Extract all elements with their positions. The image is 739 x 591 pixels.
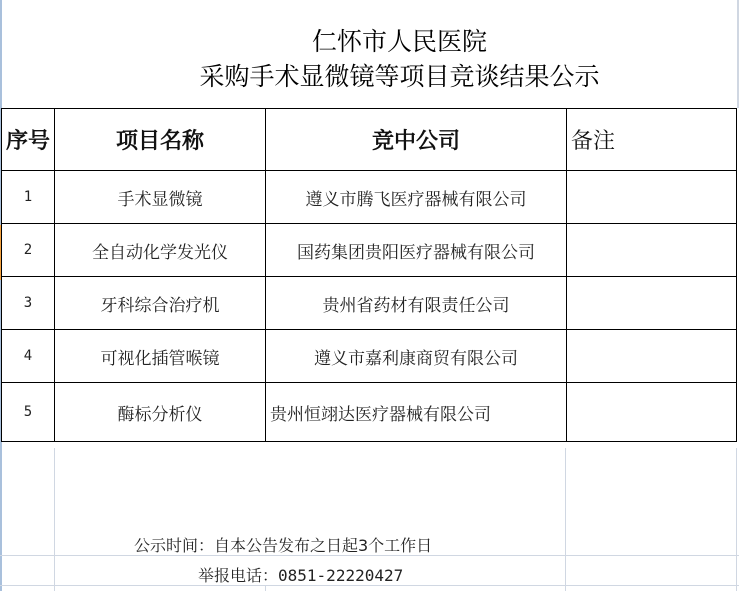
cell-winning-company[interactable]: 国药集团贵阳医疗器械有限公司	[266, 224, 567, 277]
table-row: 1 手术显微镜 遵义市腾飞医疗器械有限公司	[2, 171, 737, 224]
cell-index[interactable]: 2	[2, 224, 55, 277]
header-remarks[interactable]: 备注	[567, 109, 737, 171]
cell-remarks[interactable]	[567, 224, 737, 277]
table-row: 3 牙科综合治疗机 贵州省药材有限责任公司	[2, 277, 737, 330]
table-row: 5 酶标分析仪 贵州恒翊达医疗器械有限公司	[2, 383, 737, 442]
gridline	[54, 448, 55, 591]
cell-index[interactable]: 4	[2, 330, 55, 383]
table-row: 4 可视化插管喉镜 遵义市嘉利康商贸有限公司	[2, 330, 737, 383]
report-phone-label: 举报电话：	[198, 566, 278, 585]
header-winning-company[interactable]: 竞中公司	[266, 109, 567, 171]
cell-remarks[interactable]	[567, 277, 737, 330]
table-header-row: 序号 项目名称 竞中公司 备注	[2, 109, 737, 171]
publicity-period-text: 公示时间：自本公告发布之日起3个工作日	[134, 533, 432, 556]
cell-index[interactable]: 1	[2, 171, 55, 224]
announcement-title: 采购手术显微镜等项目竞谈结果公示	[30, 57, 739, 93]
cell-remarks[interactable]	[567, 383, 737, 442]
cell-index[interactable]: 5	[2, 383, 55, 442]
cell-item-name[interactable]: 手术显微镜	[55, 171, 266, 224]
cell-winning-company[interactable]: 贵州恒翊达医疗器械有限公司	[266, 383, 567, 442]
cell-index[interactable]: 3	[2, 277, 55, 330]
hospital-title: 仁怀市人民医院	[30, 22, 739, 58]
cell-remarks[interactable]	[567, 330, 737, 383]
gridline	[736, 448, 737, 591]
cell-winning-company[interactable]: 遵义市腾飞医疗器械有限公司	[266, 171, 567, 224]
cell-item-name[interactable]: 可视化插管喉镜	[55, 330, 266, 383]
cell-item-name[interactable]: 全自动化学发光仪	[55, 224, 266, 277]
table-row: 2 全自动化学发光仪 国药集团贵阳医疗器械有限公司	[2, 224, 737, 277]
cell-item-name[interactable]: 牙科综合治疗机	[55, 277, 266, 330]
header-index[interactable]: 序号	[2, 109, 55, 171]
cell-remarks[interactable]	[567, 171, 737, 224]
gridline	[565, 448, 566, 591]
report-phone-number: 0851-22220427	[278, 566, 403, 585]
header-item-name[interactable]: 项目名称	[55, 109, 266, 171]
cell-winning-company[interactable]: 遵义市嘉利康商贸有限公司	[266, 330, 567, 383]
report-phone-line: 举报电话：0851-22220427	[198, 563, 403, 586]
cell-winning-company[interactable]: 贵州省药材有限责任公司	[266, 277, 567, 330]
results-table: 序号 项目名称 竞中公司 备注 1 手术显微镜 遵义市腾飞医疗器械有限公司 2 …	[1, 108, 737, 442]
cell-item-name[interactable]: 酶标分析仪	[55, 383, 266, 442]
gridline	[265, 586, 266, 591]
